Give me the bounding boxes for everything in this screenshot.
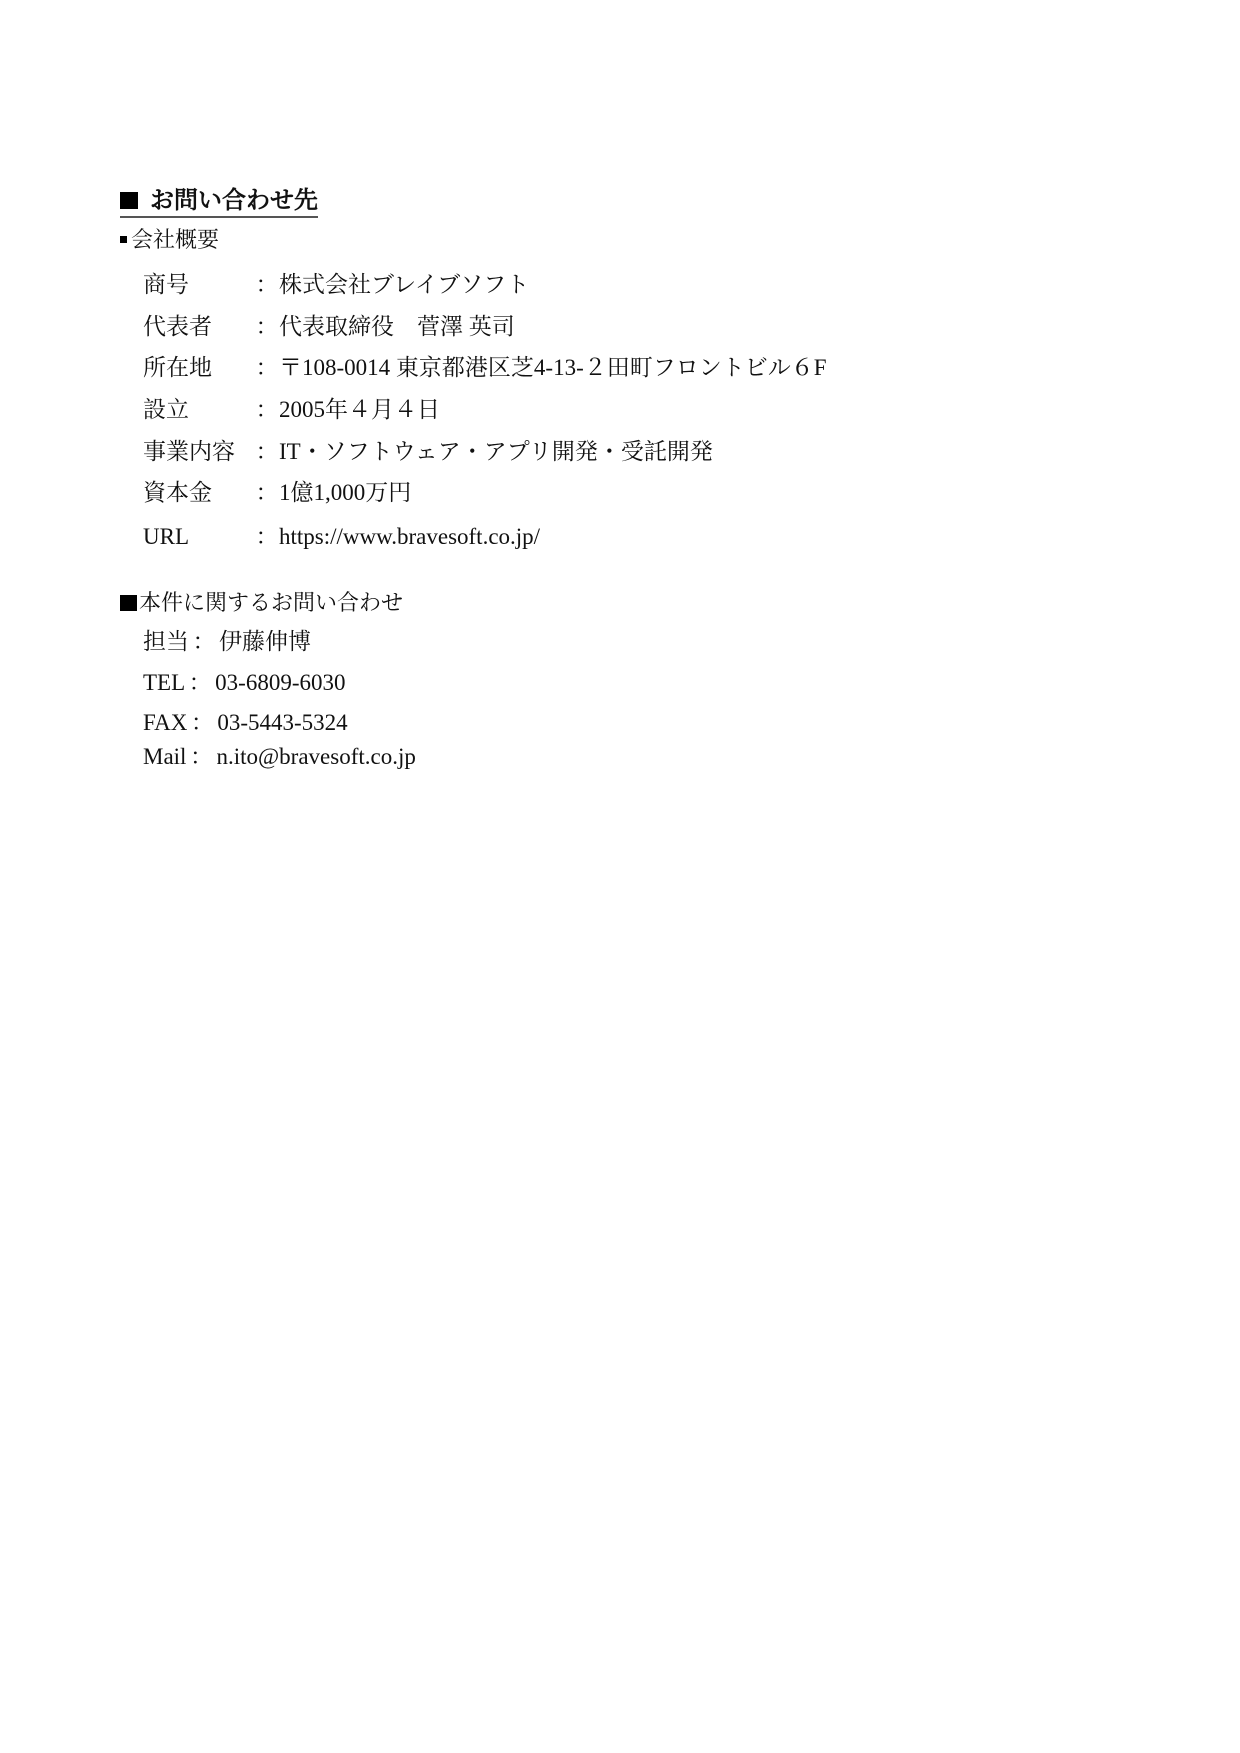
row-label: 所在地 (143, 354, 255, 382)
mail-link[interactable]: n.ito@bravesoft.co.jp (216, 744, 415, 769)
row-colon: ： (255, 438, 279, 466)
company-row-representative: 代表者：代表取締役 菅澤 英司 (143, 313, 515, 341)
square-bullet-icon (120, 192, 138, 209)
row-value: 株式会社ブレイブソフト (279, 271, 529, 299)
contact-value: 伊藤伸博 (219, 629, 311, 654)
row-value: 代表取締役 菅澤 英司 (279, 313, 515, 341)
tel-value: 03-6809-6030 (215, 670, 345, 695)
contact-row-person: 担当：伊藤伸博 (143, 628, 311, 656)
row-label: 事業内容 (143, 438, 255, 466)
row-value: 〒108-0014 東京都港区芝4-13-２田町フロントビル６F (279, 354, 827, 382)
row-label: URL (143, 523, 255, 551)
row-label: 設立 (143, 396, 255, 424)
company-row-business: 事業内容：IT・ソフトウェア・アプリ開発・受託開発 (143, 438, 713, 466)
heading-title: お問い合わせ先 (150, 188, 318, 214)
company-row-name: 商号：株式会社ブレイブソフト (143, 271, 529, 299)
row-value: 1億1,000万円 (279, 479, 411, 507)
row-colon: ： (255, 271, 279, 299)
square-bullet-icon (120, 595, 137, 611)
contact-colon: ： (185, 669, 215, 697)
company-row-capital: 資本金：1億1,000万円 (143, 479, 411, 507)
company-url-link[interactable]: https://www.bravesoft.co.jp/ (279, 523, 540, 551)
company-row-address: 所在地：〒108-0014 東京都港区芝4-13-２田町フロントビル６F (143, 354, 827, 382)
fax-value: 03-5443-5324 (217, 710, 347, 735)
contact-colon: ： (189, 628, 219, 656)
row-colon: ： (255, 523, 279, 551)
inquiry-title: 本件に関するお問い合わせ (139, 590, 403, 615)
contact-row-fax: FAX：03-5443-5324 (143, 709, 348, 737)
row-colon: ： (255, 396, 279, 424)
company-overview-title: 会社概要 (131, 227, 219, 252)
page-heading: お問い合わせ先 (120, 187, 318, 218)
contact-row-tel: TEL：03-6809-6030 (143, 669, 345, 697)
contact-colon: ： (187, 709, 217, 737)
company-row-founded: 設立：2005年４月４日 (143, 396, 440, 424)
row-label: 代表者 (143, 313, 255, 341)
row-label: 資本金 (143, 479, 255, 507)
row-colon: ： (255, 354, 279, 382)
contact-row-mail: Mail：n.ito@bravesoft.co.jp (143, 743, 416, 771)
inquiry-heading: 本件に関するお問い合わせ (120, 589, 403, 617)
small-square-bullet-icon (120, 236, 127, 243)
row-value: IT・ソフトウェア・アプリ開発・受託開発 (279, 438, 713, 466)
contact-colon: ： (186, 743, 216, 771)
company-row-url: URL：https://www.bravesoft.co.jp/ (143, 523, 540, 551)
row-colon: ： (255, 313, 279, 341)
row-label: 商号 (143, 271, 255, 299)
contact-label: 担当 (143, 629, 189, 654)
contact-label: FAX (143, 710, 187, 735)
company-overview-heading: 会社概要 (120, 226, 219, 254)
contact-label: Mail (143, 744, 186, 769)
row-colon: ： (255, 479, 279, 507)
row-value: 2005年４月４日 (279, 396, 440, 424)
contact-label: TEL (143, 670, 185, 695)
